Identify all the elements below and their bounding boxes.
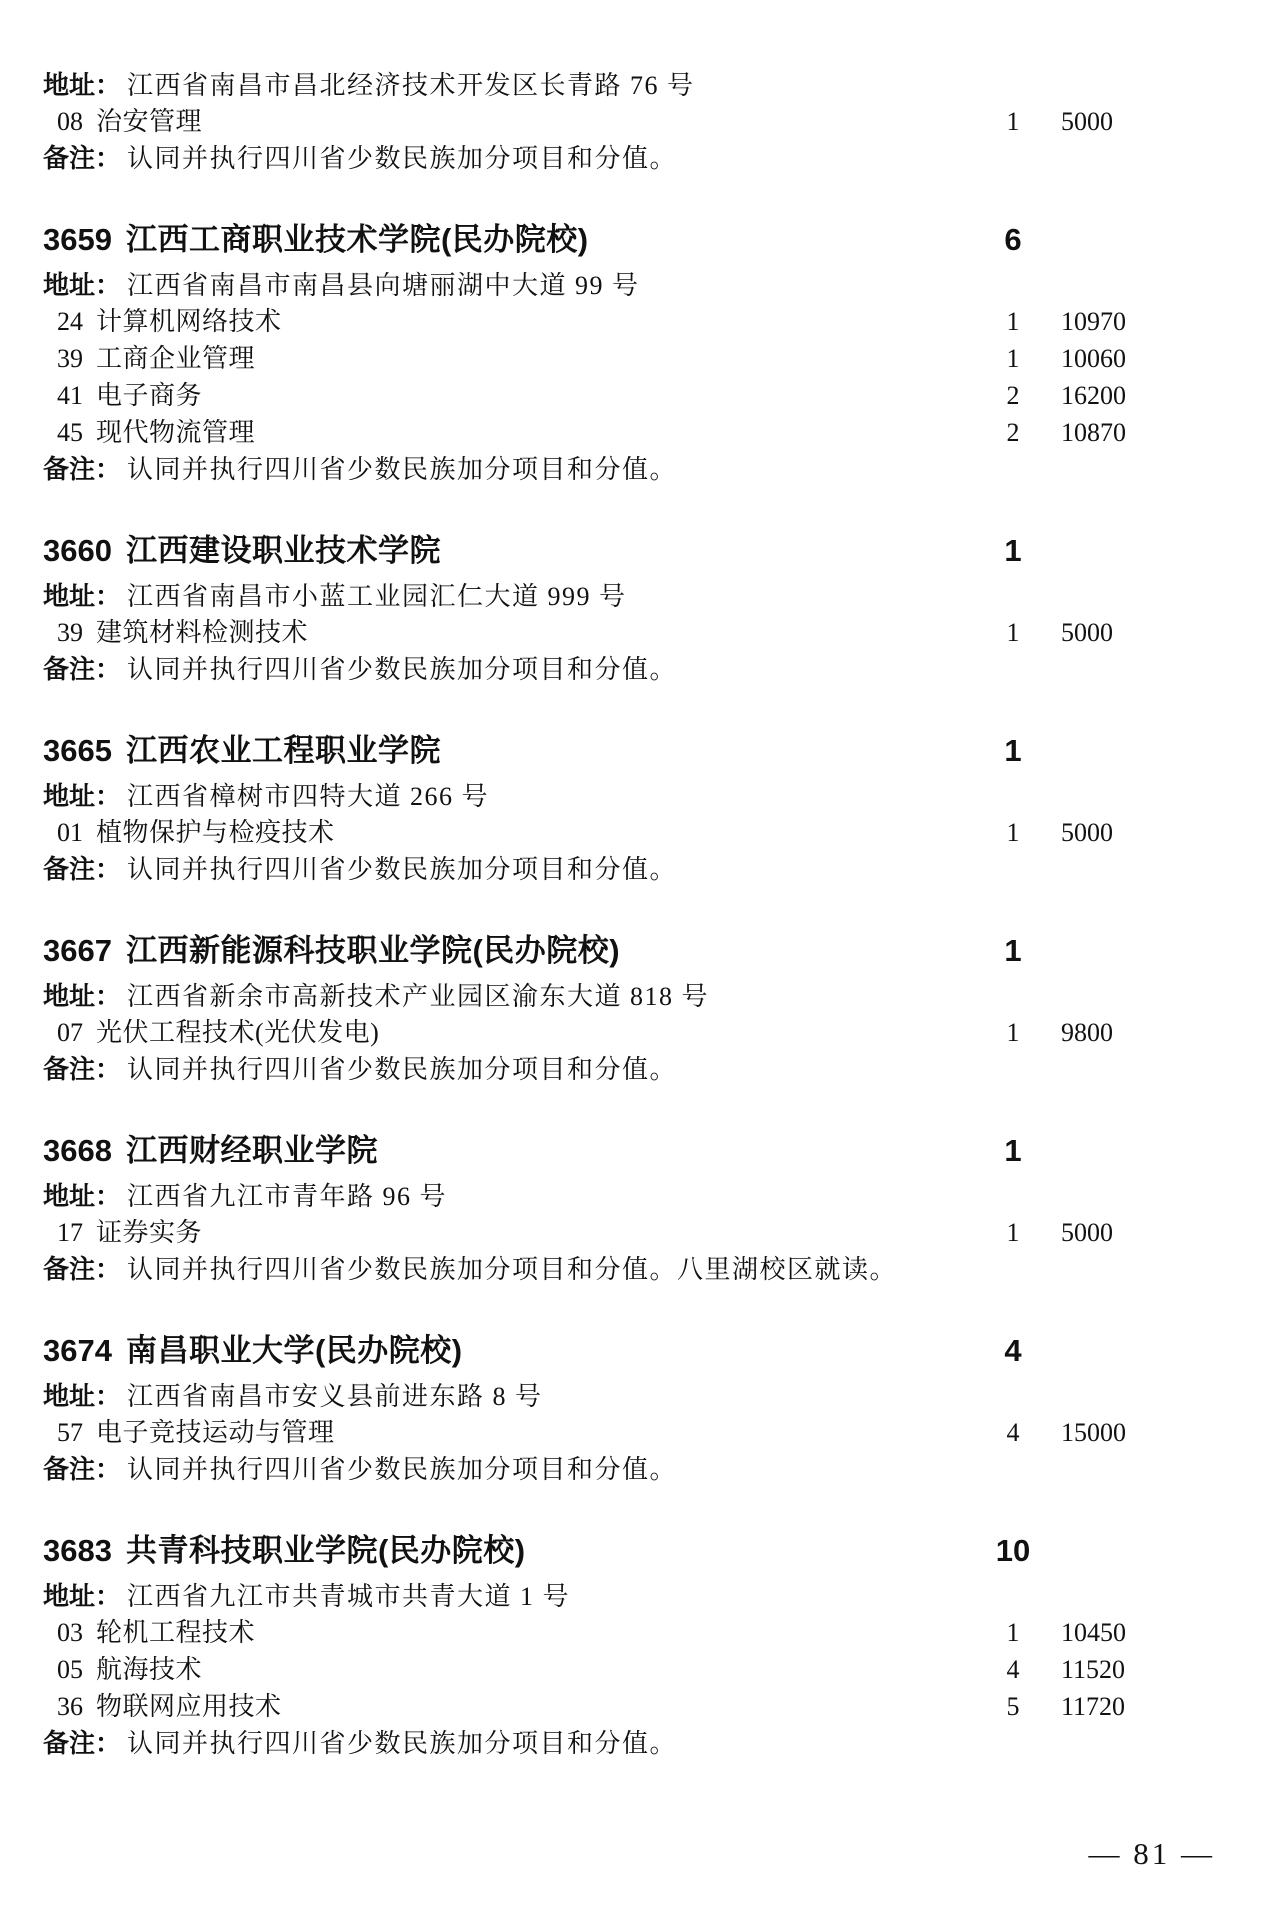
institution-code: 3668 <box>43 1133 112 1168</box>
major-row: 24计算机网络技术 1 10970 <box>43 303 1270 340</box>
remark-row: 备注：认同并执行四川省少数民族加分项目和分值。八里湖校区就读。 <box>43 1251 1270 1288</box>
address-row: 地址：江西省南昌市昌北经济技术开发区长青路 76 号 <box>43 68 1270 103</box>
major-row: 39工商企业管理 1 10060 <box>43 340 1270 377</box>
major-quota: 2 <box>985 377 1041 414</box>
address-label: 地址： <box>43 1181 121 1211</box>
institution-name: 南昌职业大学(民办院校) <box>126 1333 463 1368</box>
remark-row: 备注：认同并执行四川省少数民族加分项目和分值。 <box>43 451 1270 488</box>
institution-block: 3660江西建设职业技术学院 1 地址：江西省南昌市小蓝工业园汇仁大道 999 … <box>43 534 1270 688</box>
major-tuition: 10060 <box>1061 340 1126 377</box>
remark-label: 备注： <box>43 1454 121 1484</box>
remark-row: 备注：认同并执行四川省少数民族加分项目和分值。 <box>43 851 1270 888</box>
institution-code: 3683 <box>43 1533 112 1568</box>
institution-block: 3659江西工商职业技术学院(民办院校) 6 地址：江西省南昌市南昌县向塘丽湖中… <box>43 223 1270 488</box>
institution-block: 地址：江西省南昌市昌北经济技术开发区长青路 76 号 08治安管理 1 5000… <box>43 68 1270 177</box>
major-tuition: 5000 <box>1061 1214 1113 1251</box>
institution-name: 江西新能源科技职业学院(民办院校) <box>126 933 620 968</box>
major-code: 36 <box>57 1692 83 1721</box>
address-row: 地址：江西省南昌市安义县前进东路 8 号 <box>43 1379 1270 1414</box>
major-code: 07 <box>57 1018 83 1047</box>
institution-header: 3659江西工商职业技术学院(民办院校) 6 <box>43 223 1270 257</box>
institution-plan-total: 1 <box>985 534 1041 568</box>
address-label: 地址： <box>43 1381 121 1411</box>
institution-name: 共青科技职业学院(民办院校) <box>126 1533 526 1568</box>
address-text: 江西省南昌市小蓝工业园汇仁大道 999 号 <box>127 582 627 611</box>
major-list: 17证券实务 1 5000 <box>43 1214 1270 1251</box>
remark-row: 备注：认同并执行四川省少数民族加分项目和分值。 <box>43 1451 1270 1488</box>
institution-header: 3668江西财经职业学院 1 <box>43 1134 1270 1168</box>
major-code: 03 <box>57 1618 83 1647</box>
major-tuition: 16200 <box>1061 377 1126 414</box>
major-quota: 1 <box>985 103 1041 140</box>
remark-row: 备注：认同并执行四川省少数民族加分项目和分值。 <box>43 1725 1270 1762</box>
major-name: 植物保护与检疫技术 <box>96 818 335 847</box>
address-text: 江西省新余市高新技术产业园区渝东大道 818 号 <box>127 982 709 1011</box>
address-row: 地址：江西省新余市高新技术产业园区渝东大道 818 号 <box>43 979 1270 1014</box>
address-row: 地址：江西省九江市青年路 96 号 <box>43 1179 1270 1214</box>
institution-block: 3668江西财经职业学院 1 地址：江西省九江市青年路 96 号 17证券实务 … <box>43 1134 1270 1288</box>
institution-name: 江西农业工程职业学院 <box>126 733 441 768</box>
major-quota: 4 <box>985 1651 1041 1688</box>
institution-code: 3660 <box>43 533 112 568</box>
remark-label: 备注： <box>43 143 121 173</box>
remark-text: 认同并执行四川省少数民族加分项目和分值。八里湖校区就读。 <box>127 1255 897 1284</box>
major-row: 08治安管理 1 5000 <box>43 103 1270 140</box>
address-label: 地址： <box>43 1581 121 1611</box>
remark-text: 认同并执行四川省少数民族加分项目和分值。 <box>127 1729 677 1758</box>
institution-plan-total: 1 <box>985 934 1041 968</box>
major-row: 07光伏工程技术(光伏发电) 1 9800 <box>43 1014 1270 1051</box>
remark-text: 认同并执行四川省少数民族加分项目和分值。 <box>127 1055 677 1084</box>
major-list: 08治安管理 1 5000 <box>43 103 1270 140</box>
institution-name: 江西建设职业技术学院 <box>126 533 441 568</box>
major-name: 证券实务 <box>96 1218 202 1247</box>
institution-header: 3667江西新能源科技职业学院(民办院校) 1 <box>43 934 1270 968</box>
major-code: 57 <box>57 1418 83 1447</box>
major-list: 03轮机工程技术 1 10450 05航海技术 4 11520 36物联网应用技… <box>43 1614 1270 1725</box>
remark-label: 备注： <box>43 1728 121 1758</box>
major-quota: 1 <box>985 303 1041 340</box>
major-quota: 2 <box>985 414 1041 451</box>
remark-row: 备注：认同并执行四川省少数民族加分项目和分值。 <box>43 651 1270 688</box>
major-tuition: 10970 <box>1061 303 1126 340</box>
remark-text: 认同并执行四川省少数民族加分项目和分值。 <box>127 455 677 484</box>
address-row: 地址：江西省南昌市小蓝工业园汇仁大道 999 号 <box>43 579 1270 614</box>
address-text: 江西省南昌市南昌县向塘丽湖中大道 99 号 <box>127 271 640 300</box>
institution-block: 3667江西新能源科技职业学院(民办院校) 1 地址：江西省新余市高新技术产业园… <box>43 934 1270 1088</box>
major-tuition: 5000 <box>1061 103 1113 140</box>
address-text: 江西省樟树市四特大道 266 号 <box>127 782 489 811</box>
major-list: 24计算机网络技术 1 10970 39工商企业管理 1 10060 41电子商… <box>43 303 1270 451</box>
remark-text: 认同并执行四川省少数民族加分项目和分值。 <box>127 144 677 173</box>
major-quota: 1 <box>985 340 1041 377</box>
major-list: 01植物保护与检疫技术 1 5000 <box>43 814 1270 851</box>
address-label: 地址： <box>43 981 121 1011</box>
institution-list: 地址：江西省南昌市昌北经济技术开发区长青路 76 号 08治安管理 1 5000… <box>43 68 1270 1762</box>
major-list: 07光伏工程技术(光伏发电) 1 9800 <box>43 1014 1270 1051</box>
institution-code: 3674 <box>43 1333 112 1368</box>
major-code: 24 <box>57 307 83 336</box>
major-quota: 1 <box>985 1614 1041 1651</box>
institution-block: 3665江西农业工程职业学院 1 地址：江西省樟树市四特大道 266 号 01植… <box>43 734 1270 888</box>
address-label: 地址： <box>43 781 121 811</box>
major-list: 39建筑材料检测技术 1 5000 <box>43 614 1270 651</box>
major-row: 45现代物流管理 2 10870 <box>43 414 1270 451</box>
remark-text: 认同并执行四川省少数民族加分项目和分值。 <box>127 855 677 884</box>
major-quota: 5 <box>985 1688 1041 1725</box>
major-quota: 1 <box>985 814 1041 851</box>
major-tuition: 10450 <box>1061 1614 1126 1651</box>
address-text: 江西省九江市共青城市共青大道 1 号 <box>127 1582 570 1611</box>
major-row: 01植物保护与检疫技术 1 5000 <box>43 814 1270 851</box>
institution-name: 江西财经职业学院 <box>126 1133 378 1168</box>
major-name: 电子商务 <box>96 381 202 410</box>
address-text: 江西省南昌市昌北经济技术开发区长青路 76 号 <box>127 71 695 100</box>
major-tuition: 10870 <box>1061 414 1126 451</box>
institution-block: 3674南昌职业大学(民办院校) 4 地址：江西省南昌市安义县前进东路 8 号 … <box>43 1334 1270 1488</box>
major-row: 36物联网应用技术 5 11720 <box>43 1688 1270 1725</box>
major-quota: 1 <box>985 614 1041 651</box>
major-list: 57电子竞技运动与管理 4 15000 <box>43 1414 1270 1451</box>
major-quota: 1 <box>985 1214 1041 1251</box>
major-name: 轮机工程技术 <box>96 1618 255 1647</box>
major-name: 治安管理 <box>96 107 202 136</box>
major-row: 57电子竞技运动与管理 4 15000 <box>43 1414 1270 1451</box>
major-quota: 4 <box>985 1414 1041 1451</box>
institution-plan-total: 1 <box>985 1134 1041 1168</box>
major-quota: 1 <box>985 1014 1041 1051</box>
major-tuition: 9800 <box>1061 1014 1113 1051</box>
address-label: 地址： <box>43 581 121 611</box>
major-row: 05航海技术 4 11520 <box>43 1651 1270 1688</box>
institution-name: 江西工商职业技术学院(民办院校) <box>126 222 589 257</box>
major-row: 39建筑材料检测技术 1 5000 <box>43 614 1270 651</box>
major-name: 电子竞技运动与管理 <box>96 1418 335 1447</box>
major-name: 建筑材料检测技术 <box>96 618 308 647</box>
remark-row: 备注：认同并执行四川省少数民族加分项目和分值。 <box>43 140 1270 177</box>
major-tuition: 5000 <box>1061 814 1113 851</box>
major-name: 现代物流管理 <box>96 418 255 447</box>
institution-header: 3683共青科技职业学院(民办院校) 10 <box>43 1534 1270 1568</box>
remark-label: 备注： <box>43 854 121 884</box>
institution-header: 3660江西建设职业技术学院 1 <box>43 534 1270 568</box>
address-label: 地址： <box>43 270 121 300</box>
address-text: 江西省南昌市安义县前进东路 8 号 <box>127 1382 543 1411</box>
major-name: 航海技术 <box>96 1655 202 1684</box>
major-code: 01 <box>57 818 83 847</box>
institution-code: 3659 <box>43 222 112 257</box>
document-page: 地址：江西省南昌市昌北经济技术开发区长青路 76 号 08治安管理 1 5000… <box>0 0 1270 1762</box>
major-row: 41电子商务 2 16200 <box>43 377 1270 414</box>
major-tuition: 11520 <box>1061 1651 1125 1688</box>
institution-code: 3665 <box>43 733 112 768</box>
remark-text: 认同并执行四川省少数民族加分项目和分值。 <box>127 1455 677 1484</box>
major-name: 光伏工程技术(光伏发电) <box>96 1018 379 1047</box>
major-code: 39 <box>57 344 83 373</box>
major-name: 计算机网络技术 <box>96 307 282 336</box>
address-text: 江西省九江市青年路 96 号 <box>127 1182 447 1211</box>
major-name: 工商企业管理 <box>96 344 255 373</box>
institution-code: 3667 <box>43 933 112 968</box>
major-row: 17证券实务 1 5000 <box>43 1214 1270 1251</box>
major-code: 41 <box>57 381 83 410</box>
institution-plan-total: 4 <box>985 1334 1041 1368</box>
major-tuition: 5000 <box>1061 614 1113 651</box>
major-code: 45 <box>57 418 83 447</box>
major-tuition: 11720 <box>1061 1688 1125 1725</box>
remark-label: 备注： <box>43 454 121 484</box>
remark-label: 备注： <box>43 654 121 684</box>
address-label: 地址： <box>43 70 121 100</box>
remark-label: 备注： <box>43 1054 121 1084</box>
page-number: — 81 — <box>1089 1836 1216 1872</box>
remark-row: 备注：认同并执行四川省少数民族加分项目和分值。 <box>43 1051 1270 1088</box>
remark-label: 备注： <box>43 1254 121 1284</box>
institution-header: 3674南昌职业大学(民办院校) 4 <box>43 1334 1270 1368</box>
institution-plan-total: 6 <box>985 223 1041 257</box>
institution-block: 3683共青科技职业学院(民办院校) 10 地址：江西省九江市共青城市共青大道 … <box>43 1534 1270 1762</box>
address-row: 地址：江西省樟树市四特大道 266 号 <box>43 779 1270 814</box>
major-code: 08 <box>57 107 83 136</box>
address-row: 地址：江西省九江市共青城市共青大道 1 号 <box>43 1579 1270 1614</box>
major-code: 39 <box>57 618 83 647</box>
major-code: 05 <box>57 1655 83 1684</box>
remark-text: 认同并执行四川省少数民族加分项目和分值。 <box>127 655 677 684</box>
major-name: 物联网应用技术 <box>96 1692 282 1721</box>
institution-plan-total: 10 <box>985 1534 1041 1568</box>
institution-plan-total: 1 <box>985 734 1041 768</box>
institution-header: 3665江西农业工程职业学院 1 <box>43 734 1270 768</box>
address-row: 地址：江西省南昌市南昌县向塘丽湖中大道 99 号 <box>43 268 1270 303</box>
page-number-text: — 81 — <box>1089 1836 1216 1871</box>
major-tuition: 15000 <box>1061 1414 1126 1451</box>
major-code: 17 <box>57 1218 83 1247</box>
major-row: 03轮机工程技术 1 10450 <box>43 1614 1270 1651</box>
